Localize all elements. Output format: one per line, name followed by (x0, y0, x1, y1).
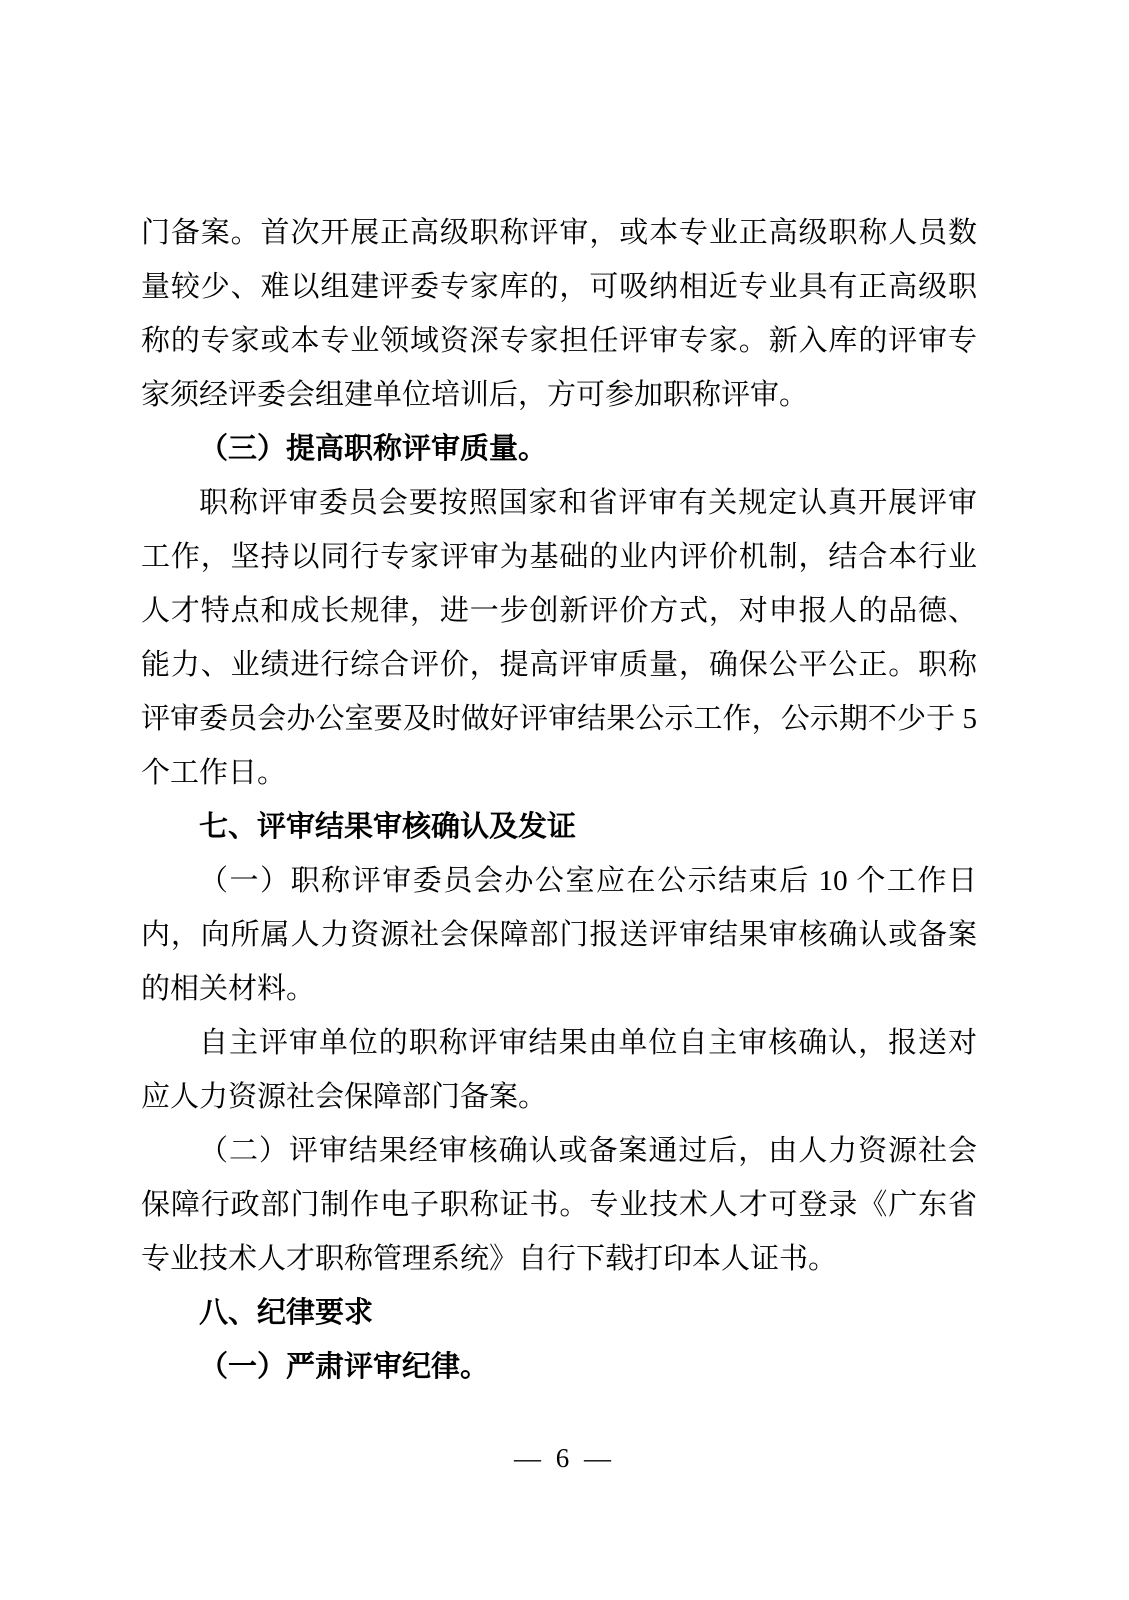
paragraph-review-quality-body: 职称评审委员会要按照国家和省评审有关规定认真开展评审工作，坚持以同行专家评审为基… (141, 476, 977, 800)
document-page: 门备案。首次开展正高级职称评审，或本专业正高级职称人员数量较少、难以组建评委专家… (0, 0, 1129, 1600)
heading-section-8-discipline-requirements: 八、纪律要求 (141, 1286, 977, 1340)
paragraph-section7-item2: （二）评审结果经审核确认或备案通过后，由人力资源社会保障行政部门制作电子职称证书… (141, 1124, 977, 1286)
heading-subsection-1-strict-discipline: （一）严肃评审纪律。 (141, 1340, 977, 1394)
page-number: — 6 — (0, 1438, 1129, 1478)
paragraph-section7-self-review: 自主评审单位的职称评审结果由单位自主审核确认，报送对应人力资源社会保障部门备案。 (141, 1016, 977, 1124)
paragraph-continuation: 门备案。首次开展正高级职称评审，或本专业正高级职称人员数量较少、难以组建评委专家… (141, 206, 977, 422)
document-body: 门备案。首次开展正高级职称评审，或本专业正高级职称人员数量较少、难以组建评委专家… (141, 206, 977, 1394)
heading-section-7-result-confirmation: 七、评审结果审核确认及发证 (141, 800, 977, 854)
paragraph-section7-item1: （一）职称评审委员会办公室应在公示结束后 10 个工作日内，向所属人力资源社会保… (141, 854, 977, 1016)
heading-subsection-3-improve-review-quality: （三）提高职称评审质量。 (141, 422, 977, 476)
